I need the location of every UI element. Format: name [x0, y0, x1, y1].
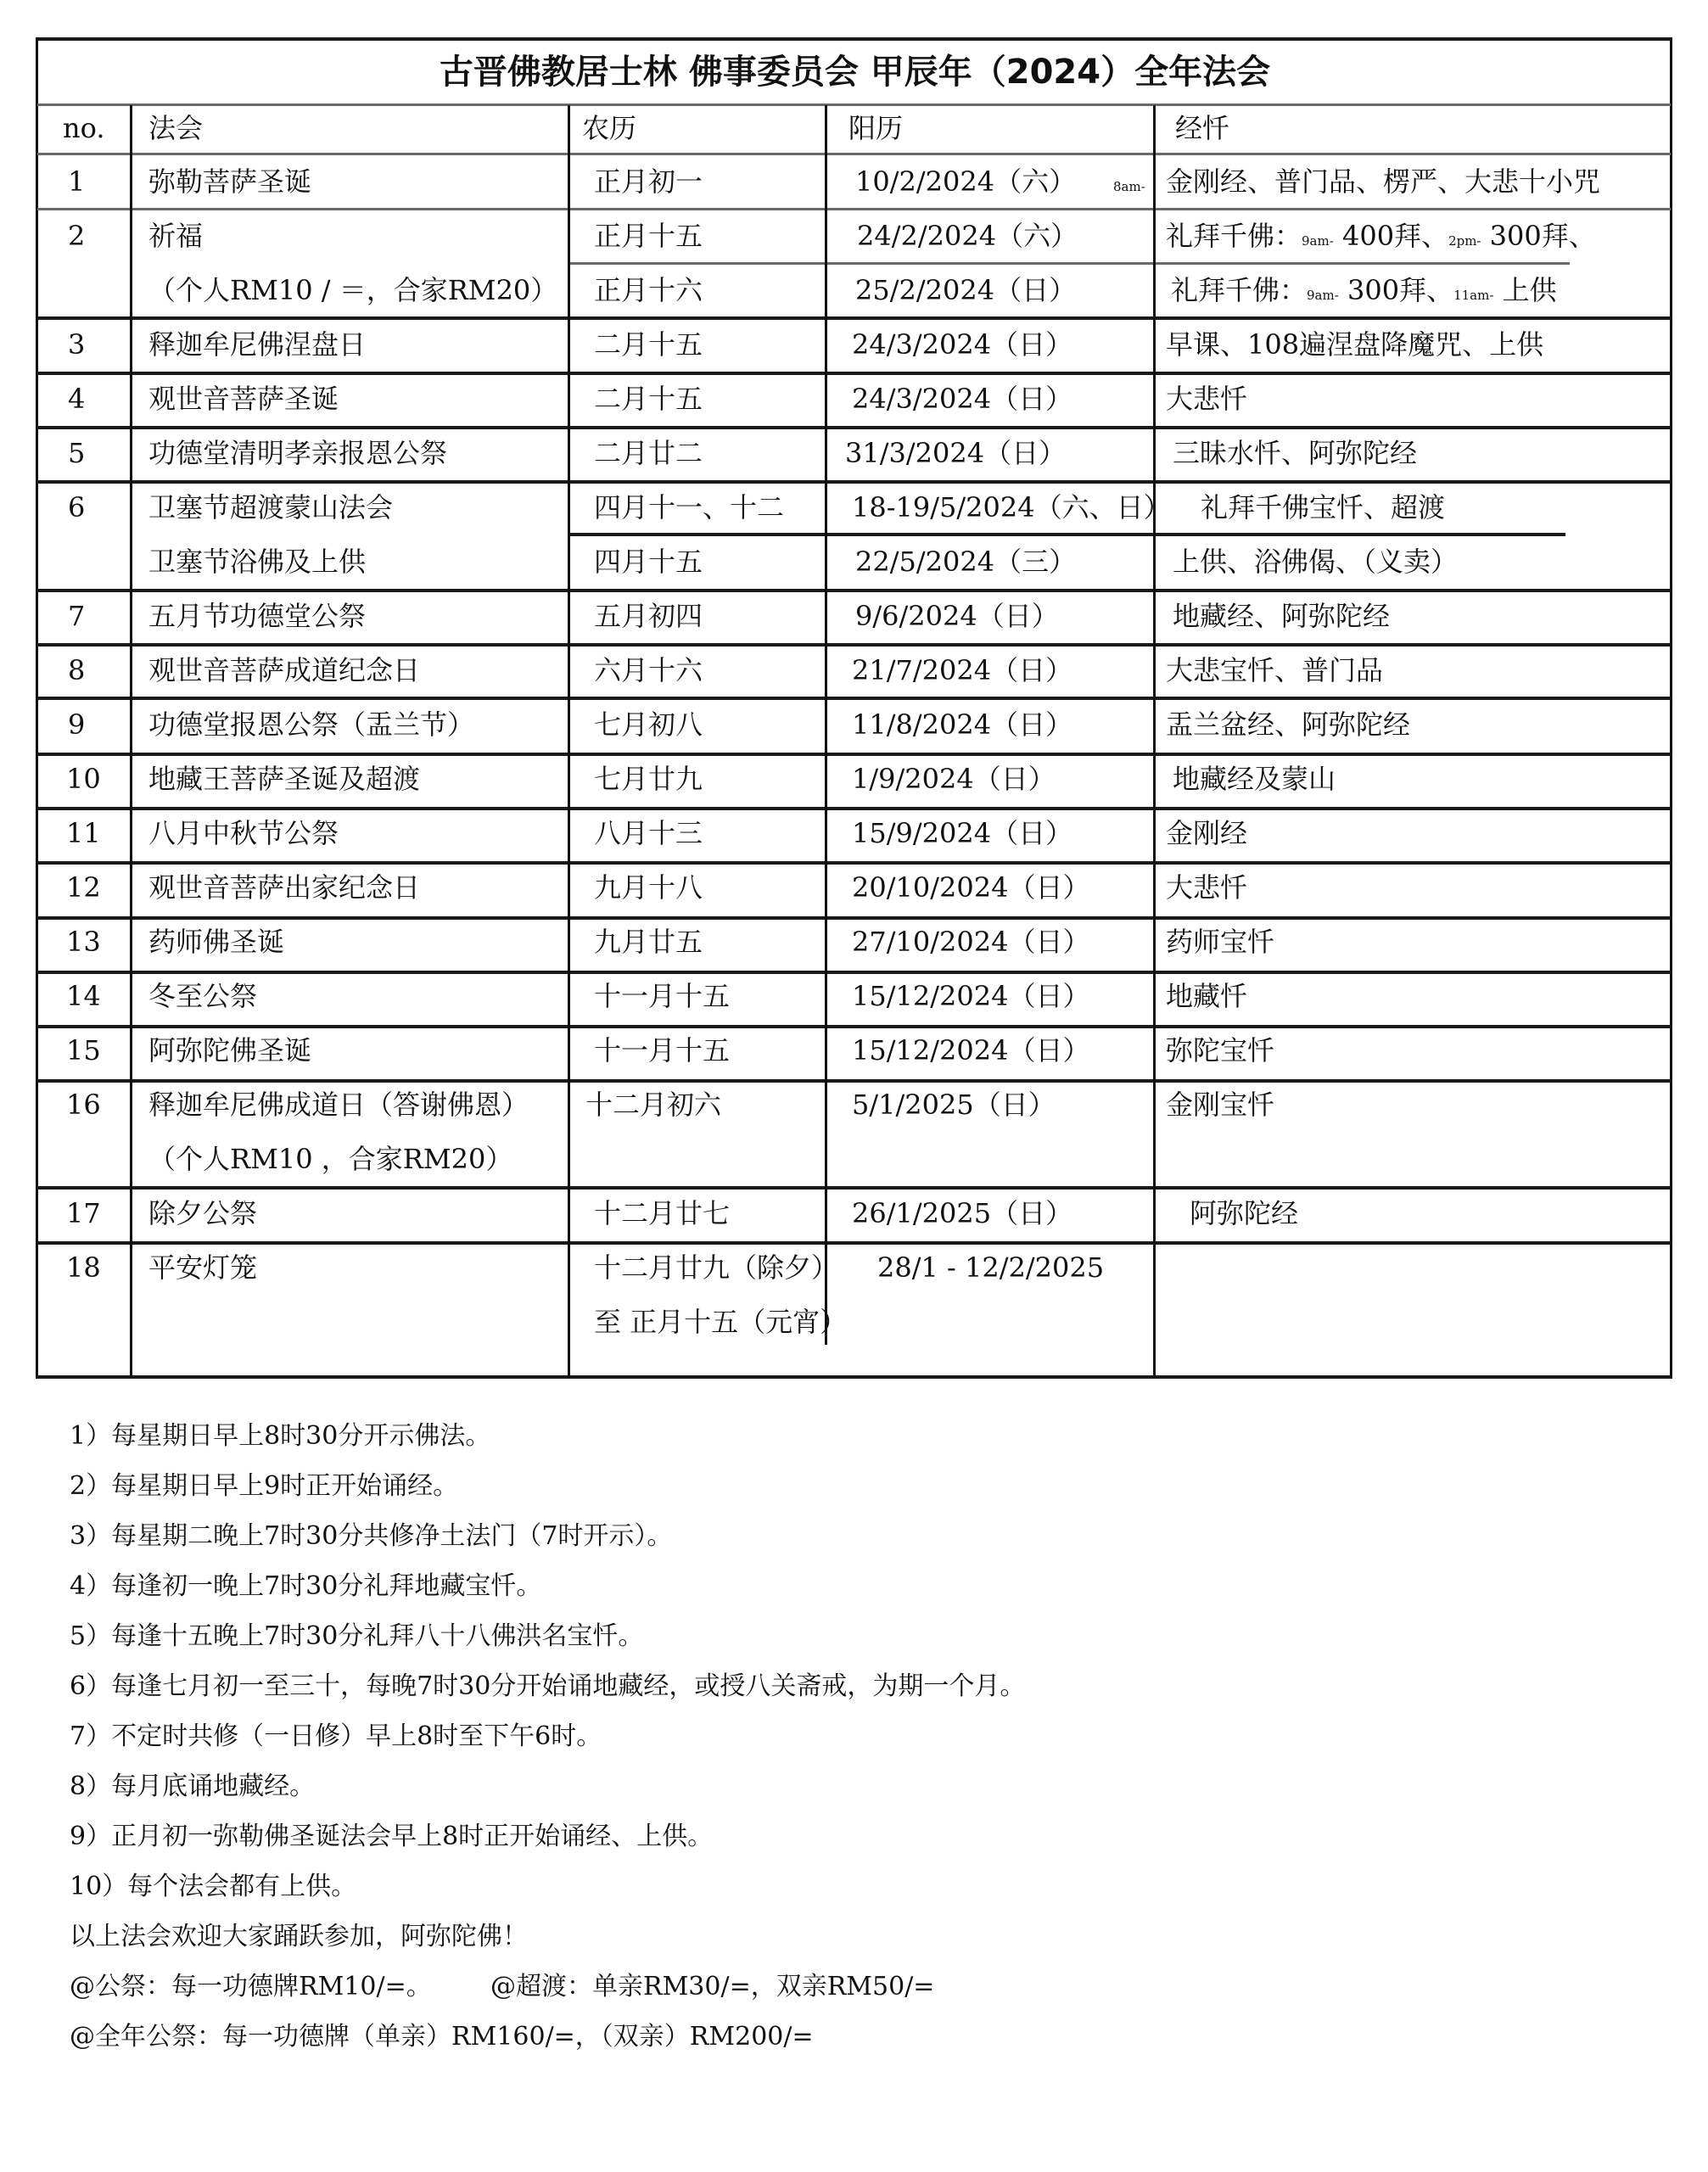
event-name: 冬至公祭: [148, 979, 257, 1013]
event-name: 平安灯笼: [148, 1251, 257, 1285]
sutra: 地藏忏: [1166, 979, 1247, 1013]
event-name: 药师佛圣诞: [148, 925, 284, 959]
event-name: 卫塞节超渡蒙山法会: [148, 490, 393, 524]
row-divider: [37, 807, 1671, 810]
solar-date: 9/6/2024（日）: [855, 599, 1059, 633]
row-no: 17: [66, 1196, 101, 1230]
row-divider: [37, 1079, 1671, 1083]
sutra: 阿弥陀经: [1190, 1196, 1298, 1230]
col-divider: [130, 105, 132, 1377]
lunar-date: 四月十五: [594, 545, 703, 579]
sutra-text: 300拜、: [1339, 274, 1453, 306]
solar-date: 24/3/2024（日）: [852, 382, 1072, 416]
row-no: 10: [66, 762, 101, 796]
sutra-text: 上供: [1493, 274, 1556, 306]
lunar-date: 七月廿九: [594, 762, 703, 796]
lunar-date: 二月十五: [594, 327, 703, 361]
row-divider: [37, 589, 1671, 592]
lunar-date: 正月十五: [594, 219, 703, 253]
page-title: 古晋佛教居士林 佛事委员会 甲辰年（2024）全年法会: [37, 44, 1672, 100]
row-divider: [37, 861, 1671, 865]
event-name: 观世音菩萨圣诞: [148, 382, 339, 416]
row-no: 14: [66, 979, 101, 1013]
lunar-date: 七月初八: [594, 708, 703, 742]
solar-date: 24/2/2024（六）: [857, 219, 1078, 253]
solar-date: 15/9/2024（日）: [852, 816, 1072, 850]
sutra: 大悲忏: [1166, 870, 1247, 904]
row-divider: [37, 208, 1671, 210]
lunar-date: 九月廿五: [594, 925, 703, 959]
note-item: 10）每个法会都有上供。: [70, 1870, 356, 1904]
row-divider: [37, 1241, 1671, 1245]
solar-date: 24/3/2024（日）: [852, 327, 1072, 361]
sutra: 金刚经、普门品、楞严、大悲十小咒: [1166, 165, 1600, 199]
note-item: 4）每逢初一晚上7时30分礼拜地藏宝忏。: [70, 1570, 541, 1604]
fee-annual-memorial: @全年公祭：每一功德牌（单亲）RM160/=，（双亲）RM200/=: [70, 2020, 814, 2054]
sutra: 地藏经及蒙山: [1173, 762, 1336, 796]
header-no: no.: [63, 111, 104, 145]
time-note: 8am-: [1113, 170, 1145, 204]
note-item: 6）每逢七月初一至三十，每晚7时30分开始诵地藏经，或授八关斋戒，为期一个月。: [70, 1670, 1025, 1704]
sutra: 地藏经、阿弥陀经: [1173, 599, 1390, 633]
event-name: 地藏王菩萨圣诞及超渡: [148, 762, 420, 796]
row-divider: [37, 372, 1671, 375]
event-subtext: （个人RM10 ，合家RM20）: [148, 1142, 512, 1176]
welcome-message: 以上法会欢迎大家踊跃参加，阿弥陀佛！: [70, 1920, 528, 1954]
lunar-date: 六月十六: [594, 653, 703, 687]
event-name: 功德堂报恩公祭（盂兰节）: [148, 708, 474, 742]
table-top-border: [37, 37, 1672, 41]
sutra: 三昧水忏、阿弥陀经: [1173, 436, 1417, 470]
row-divider: [37, 104, 1671, 106]
solar-date: 27/10/2024（日）: [852, 925, 1089, 959]
sutra: 早课、108遍涅盘降魔咒、上供: [1166, 327, 1543, 361]
event-name: 除夕公祭: [148, 1196, 257, 1230]
event-name: 五月节功德堂公祭: [148, 599, 366, 633]
solar-date: 10/2/2024（六）: [855, 165, 1076, 199]
header-lunar: 农历: [582, 111, 636, 145]
row-divider: [37, 480, 1671, 484]
solar-date: 11/8/2024（日）: [852, 708, 1072, 742]
row-no: 15: [66, 1033, 101, 1067]
table-bottom-border: [36, 1375, 1672, 1379]
time-note: 11am-: [1453, 288, 1493, 303]
row-no: 7: [68, 599, 85, 633]
sutra: 礼拜千佛：9am- 400拜、2pm- 300拜、: [1166, 219, 1596, 258]
header-sutra: 经忏: [1175, 111, 1229, 145]
sutra-text: 礼拜千佛：: [1166, 220, 1302, 252]
row-no: 6: [68, 490, 85, 524]
row-no: 11: [66, 816, 101, 850]
solar-date: 5/1/2025（日）: [852, 1088, 1056, 1122]
sutra: 金刚经: [1166, 816, 1247, 850]
table-left-border: [36, 37, 38, 1379]
sutra: 上供、浴佛偈、（义卖）: [1173, 545, 1458, 579]
solar-date: 1/9/2024（日）: [852, 762, 1056, 796]
solar-date: 15/12/2024（日）: [852, 979, 1089, 1013]
lunar-date: 五月初四: [594, 599, 703, 633]
solar-date: 22/5/2024（三）: [855, 545, 1076, 579]
sutra: 礼拜千佛宝忏、超渡: [1201, 490, 1445, 524]
row-no: 5: [68, 436, 85, 470]
event-name: 观世音菩萨出家纪念日: [148, 870, 420, 904]
row-divider: [37, 697, 1671, 700]
header-event: 法会: [148, 111, 203, 145]
lunar-date: 二月廿二: [594, 436, 703, 470]
fee-deliverance: @超渡：单亲RM30/=，双亲RM50/=: [490, 1970, 934, 2004]
row-subdivider: [568, 262, 1570, 265]
event-name: 观世音菩萨成道纪念日: [148, 653, 420, 687]
lunar-date: 十一月十五: [594, 979, 730, 1013]
solar-date: 28/1 - 12/2/2025: [877, 1251, 1104, 1285]
event-name: 释迦牟尼佛成道日（答谢佛恩）: [148, 1088, 529, 1122]
lunar-date: 八月十三: [594, 816, 703, 850]
row-no: 9: [68, 708, 85, 742]
row-divider: [37, 971, 1671, 974]
row-divider: [37, 1025, 1671, 1028]
sutra: 药师宝忏: [1166, 925, 1274, 959]
note-item: 1）每星期日早上8时30分开示佛法。: [70, 1419, 490, 1453]
sutra: 大悲宝忏、普门品: [1166, 653, 1383, 687]
event-name: 八月中秋节公祭: [148, 816, 339, 850]
col-divider: [825, 105, 827, 1345]
sutra: 大悲忏: [1166, 382, 1247, 416]
fee-public-memorial: @公祭：每一功德牌RM10/=。: [70, 1970, 432, 2004]
lunar-date: 十二月初六: [585, 1088, 721, 1122]
event-name: 卫塞节浴佛及上供: [148, 545, 366, 579]
time-note: 2pm-: [1448, 233, 1481, 249]
event-subtext: （个人RM10 / ＝，合家RM20）: [148, 273, 557, 307]
row-subdivider: [568, 533, 1565, 536]
sutra: 弥陀宝忏: [1166, 1033, 1274, 1067]
row-no: 12: [66, 870, 101, 904]
lunar-date: 十二月廿七: [594, 1196, 730, 1230]
sutra: 盂兰盆经、阿弥陀经: [1166, 708, 1410, 742]
solar-date: 21/7/2024（日）: [852, 653, 1072, 687]
lunar-date: 九月十八: [594, 870, 703, 904]
table-right-border: [1670, 37, 1672, 1379]
solar-date: 26/1/2025（日）: [852, 1196, 1072, 1230]
lunar-date: 至 正月十五（元宵）: [594, 1305, 847, 1339]
note-item: 7）不定时共修（一日修）早上8时至下午6时。: [70, 1720, 602, 1754]
lunar-date: 正月十六: [594, 273, 703, 307]
event-name: 阿弥陀佛圣诞: [148, 1033, 311, 1067]
lunar-date: 十一月十五: [594, 1033, 730, 1067]
event-name: 释迦牟尼佛涅盘日: [148, 327, 366, 361]
row-divider: [37, 916, 1671, 920]
header-solar: 阳历: [848, 111, 903, 145]
sutra-text: 300拜、: [1481, 220, 1596, 252]
row-no: 3: [68, 327, 85, 361]
note-item: 8）每月底诵地藏经。: [70, 1770, 315, 1804]
note-item: 5）每逢十五晚上7时30分礼拜八十八佛洪名宝忏。: [70, 1620, 643, 1654]
row-divider: [37, 316, 1671, 320]
solar-date: 25/2/2024（日）: [855, 273, 1076, 307]
note-item: 9）正月初一弥勒佛圣诞法会早上8时正开始诵经、上供。: [70, 1820, 713, 1854]
row-divider: [37, 643, 1671, 647]
sutra: 礼拜千佛：9am- 300拜、11am- 上供: [1171, 273, 1557, 312]
row-no: 8: [68, 653, 85, 687]
solar-date: 15/12/2024（日）: [852, 1033, 1089, 1067]
row-divider: [37, 153, 1671, 155]
row-no: 18: [66, 1251, 101, 1285]
time-note: 9am-: [1302, 233, 1334, 249]
solar-date: 18-19/5/2024（六、日）: [852, 490, 1171, 524]
sutra-text: 礼拜千佛：: [1171, 274, 1307, 306]
sutra: 金刚宝忏: [1166, 1088, 1274, 1122]
row-divider: [37, 753, 1671, 756]
note-item: 3）每星期二晚上7时30分共修净土法门（7时开示）。: [70, 1520, 672, 1553]
lunar-date: 四月十一、十二: [594, 490, 784, 524]
sutra-text: 400拜、: [1334, 220, 1448, 252]
row-divider: [37, 1186, 1671, 1190]
col-divider: [1153, 105, 1156, 1377]
col-divider: [568, 105, 570, 1377]
time-note: 9am-: [1307, 288, 1339, 303]
row-no: 2: [68, 219, 85, 253]
lunar-date: 十二月廿九（除夕）: [594, 1251, 838, 1285]
row-no: 13: [66, 925, 101, 959]
event-name: 功德堂清明孝亲报恩公祭: [148, 436, 447, 470]
lunar-date: 正月初一: [594, 165, 703, 199]
solar-date: 20/10/2024（日）: [852, 870, 1089, 904]
event-name: 祈福: [148, 219, 203, 253]
row-no: 1: [68, 165, 85, 199]
solar-date: 31/3/2024（日）: [845, 436, 1066, 470]
lunar-date: 二月十五: [594, 382, 703, 416]
row-no: 16: [66, 1088, 101, 1122]
row-divider: [37, 426, 1671, 429]
event-name: 弥勒菩萨圣诞: [148, 165, 311, 199]
row-no: 4: [68, 382, 85, 416]
note-item: 2）每星期日早上9时正开始诵经。: [70, 1469, 458, 1503]
